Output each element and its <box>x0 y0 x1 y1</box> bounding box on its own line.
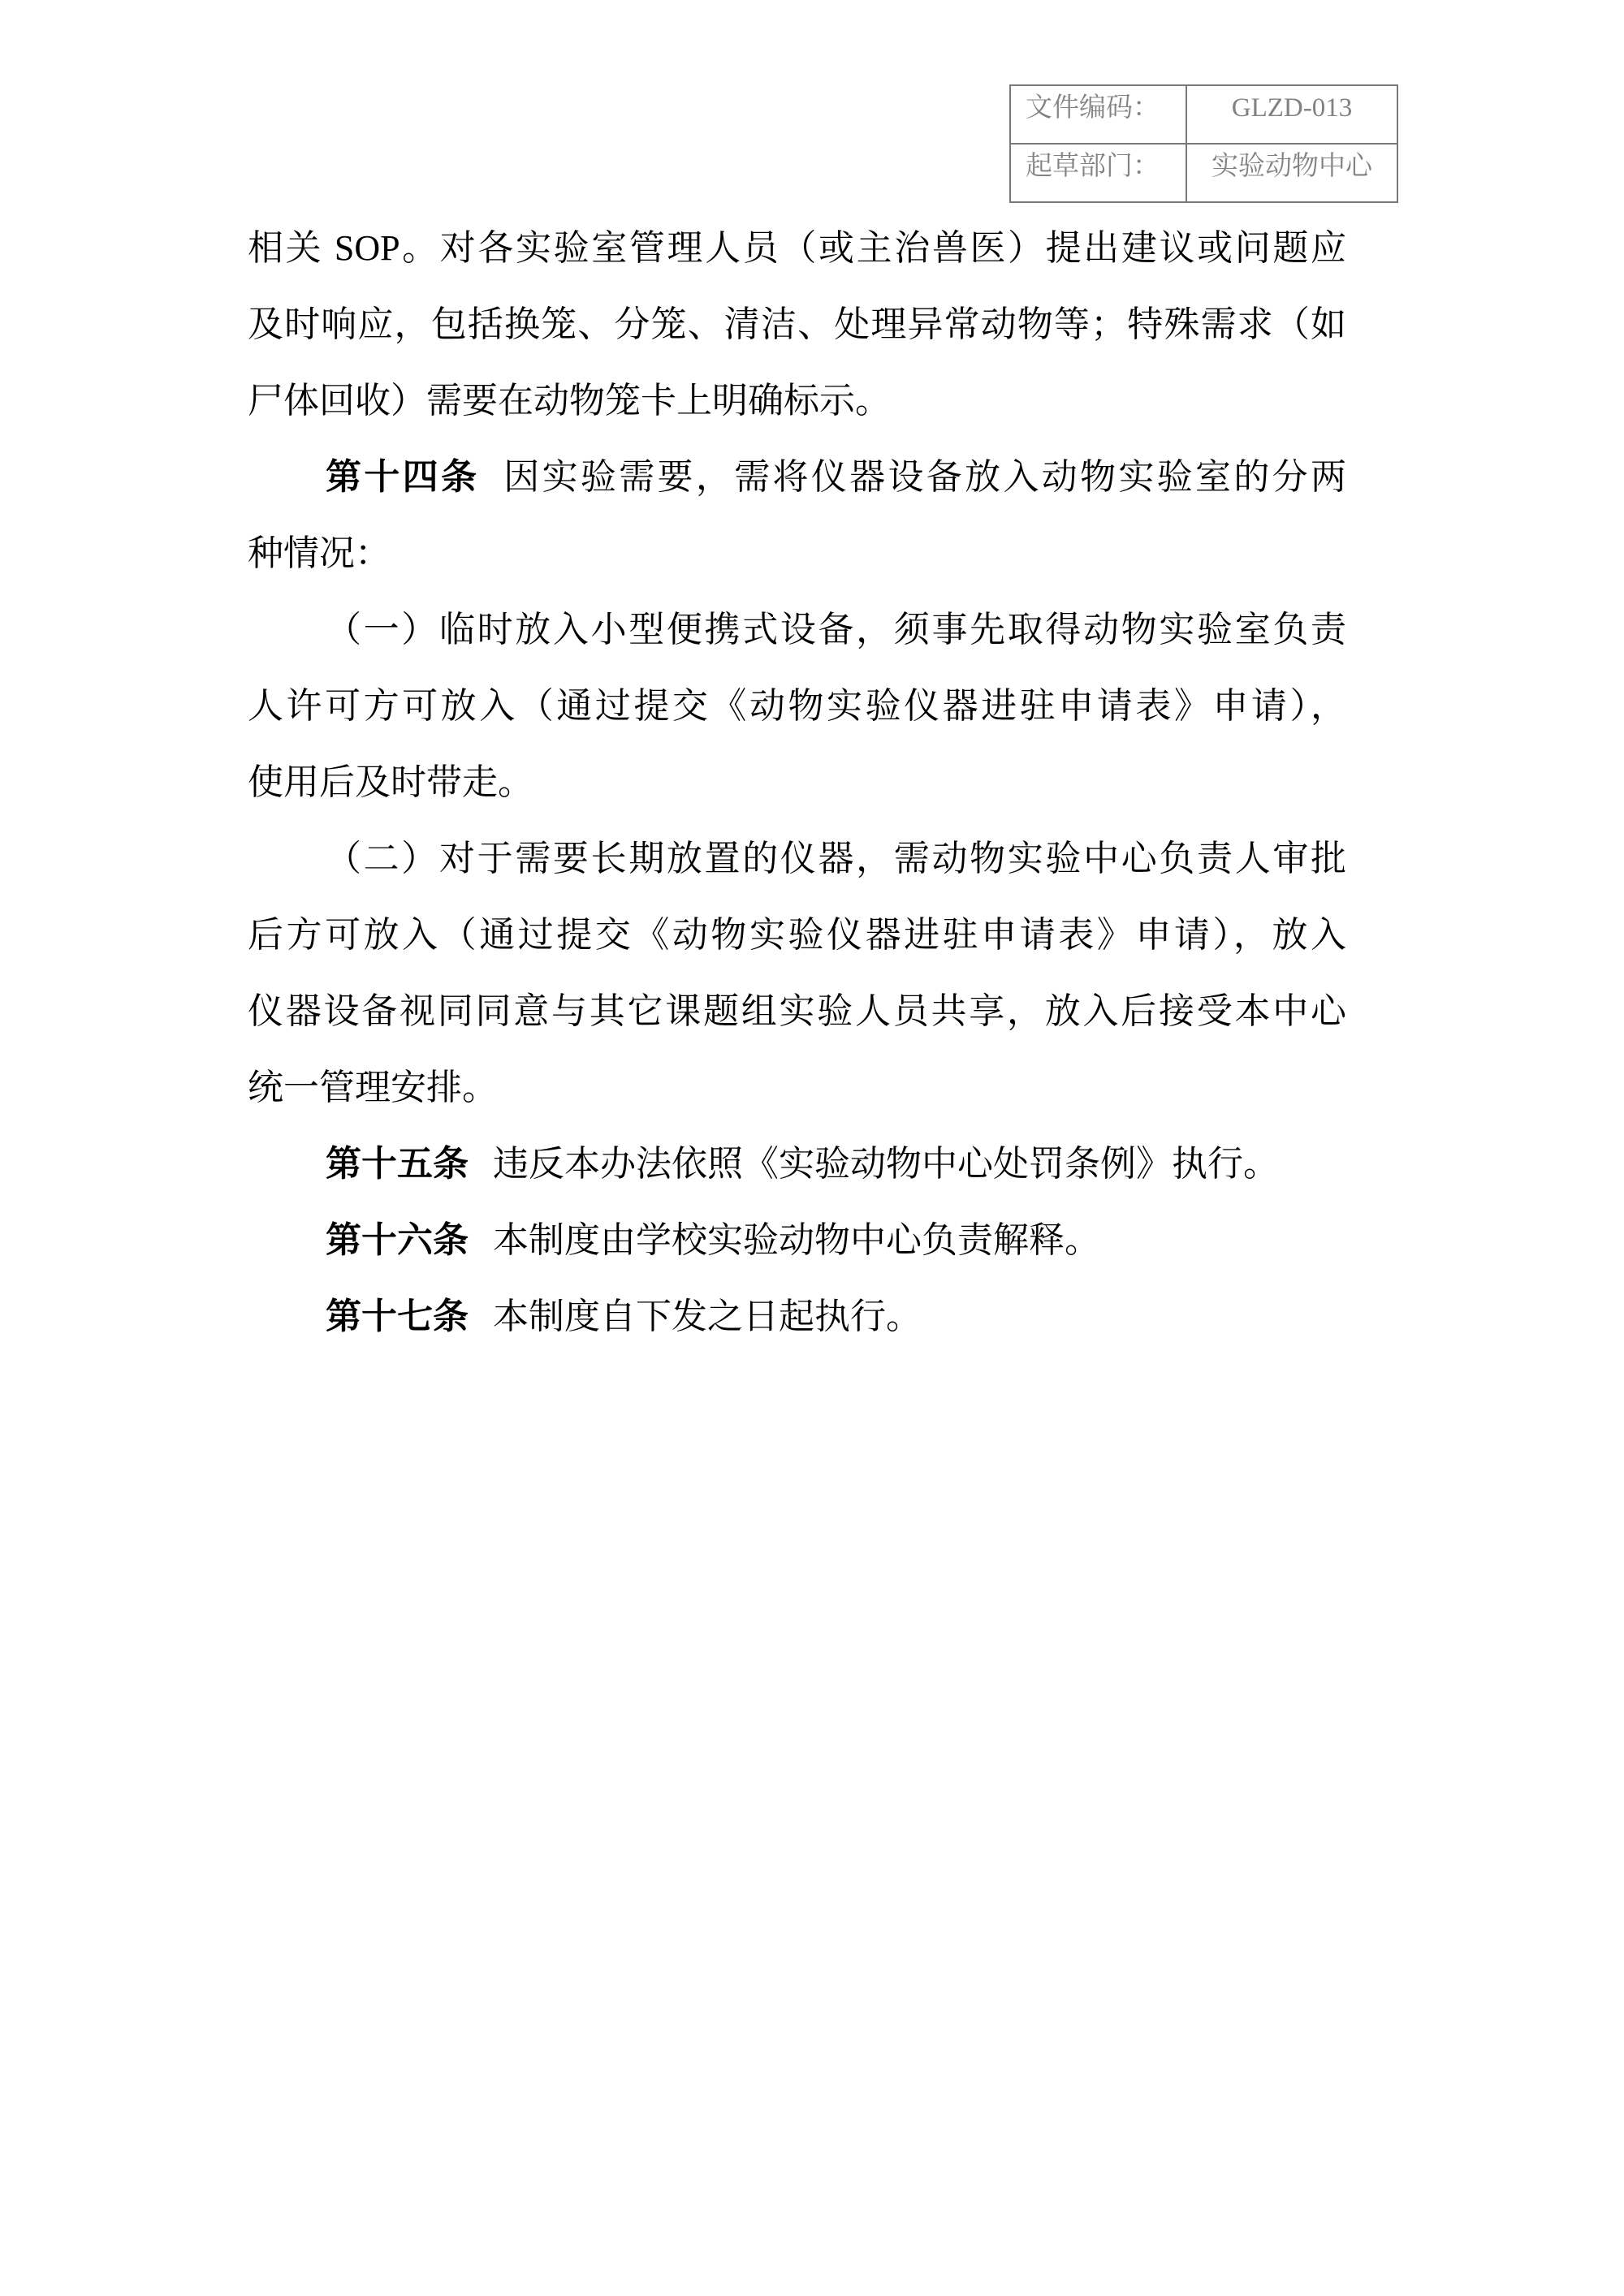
text-line-article-16: 第十六条本制度由学校实验动物中心负责解释。 <box>248 1202 1346 1279</box>
text-line-article-15: 第十五条违反本办法依照《实验动物中心处罚条例》执行。 <box>248 1126 1346 1202</box>
article-number: 第十七条 <box>326 1297 469 1336</box>
text-line: 及时响应，包括换笼、分笼、清洁、处理异常动物等；特殊需求（如 <box>248 287 1346 363</box>
text-line: 统一管理安排。 <box>248 1050 1346 1126</box>
document-body: 相关 SOP。对各实验室管理人员（或主治兽医）提出建议或问题应 及时响应，包括换… <box>248 210 1346 1355</box>
text-line: 相关 SOP。对各实验室管理人员（或主治兽医）提出建议或问题应 <box>248 210 1346 287</box>
line-text: 因实验需要，需将仪器设备放入动物实验室的分两 <box>503 457 1346 497</box>
text-line: 种情况： <box>248 516 1346 592</box>
text-line: 尸体回收）需要在动物笼卡上明确标示。 <box>248 363 1346 439</box>
text-line-item-2: （二）对于需要长期放置的仪器，需动物实验中心负责人审批 <box>248 821 1346 897</box>
text-line: 人许可方可放入（通过提交《动物实验仪器进驻申请表》申请）， <box>248 668 1346 744</box>
article-number: 第十六条 <box>326 1220 469 1260</box>
article-number: 第十五条 <box>326 1144 469 1184</box>
drafting-dept-label: 起草部门： <box>1010 144 1186 202</box>
doc-code-value: GLZD-013 <box>1186 85 1397 144</box>
article-number: 第十四条 <box>326 457 479 497</box>
table-row: 起草部门： 实验动物中心 <box>1010 144 1397 202</box>
text-line: 后方可放入（通过提交《动物实验仪器进驻申请表》申请），放入 <box>248 897 1346 973</box>
drafting-dept-value: 实验动物中心 <box>1186 144 1397 202</box>
text-line: 使用后及时带走。 <box>248 744 1346 821</box>
table-row: 文件编码： GLZD-013 <box>1010 85 1397 144</box>
text-line: 仪器设备视同同意与其它课题组实验人员共享，放入后接受本中心 <box>248 973 1346 1050</box>
text-line-article-14: 第十四条因实验需要，需将仪器设备放入动物实验室的分两 <box>248 439 1346 516</box>
line-text: 本制度自下发之日起执行。 <box>493 1297 922 1336</box>
document-code-table: 文件编码： GLZD-013 起草部门： 实验动物中心 <box>1009 84 1398 203</box>
line-text: 违反本办法依照《实验动物中心处罚条例》执行。 <box>493 1144 1279 1184</box>
text-line-item-1: （一）临时放入小型便携式设备，须事先取得动物实验室负责 <box>248 592 1346 668</box>
line-text: 本制度由学校实验动物中心负责解释。 <box>493 1220 1100 1260</box>
text-line-article-17: 第十七条本制度自下发之日起执行。 <box>248 1279 1346 1355</box>
document-page: 文件编码： GLZD-013 起草部门： 实验动物中心 相关 SOP。对各实验室… <box>0 0 1624 2296</box>
doc-code-label: 文件编码： <box>1010 85 1186 144</box>
